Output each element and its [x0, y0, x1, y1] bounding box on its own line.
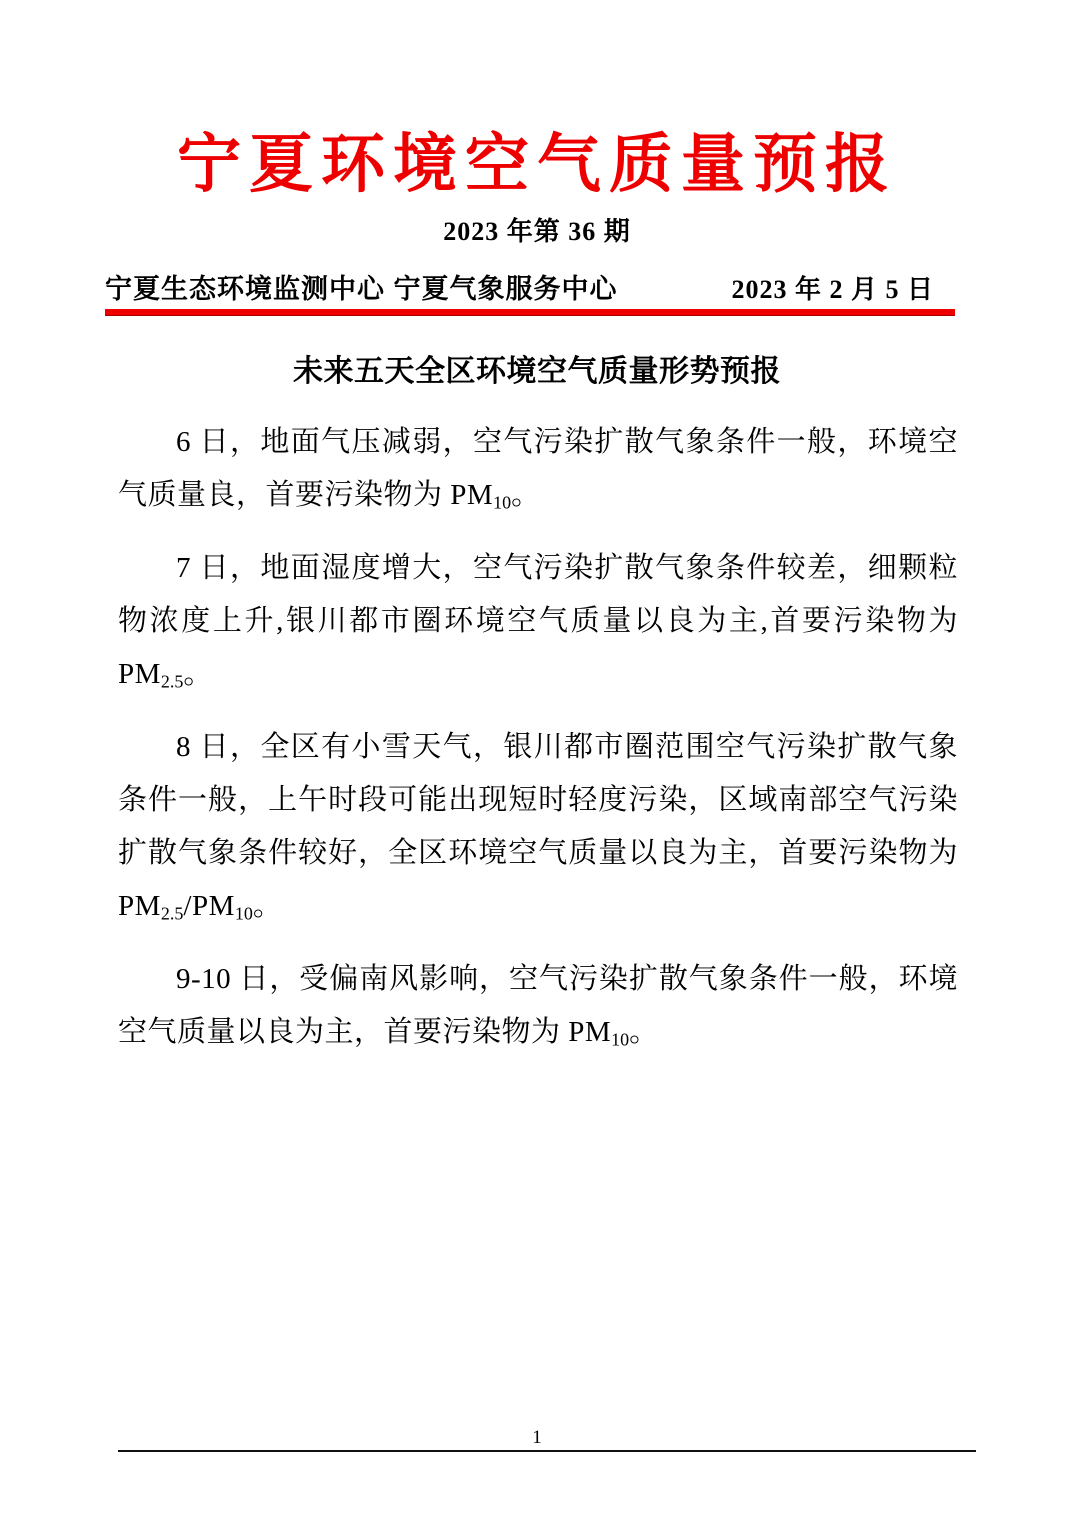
paragraph-text: 。 [253, 890, 283, 922]
paragraph-text: 9-10 日，受偏南风影响，空气污染扩散气象条件一般，环境空气质量以良为主，首要… [118, 963, 958, 1048]
paragraph-text: 8 日，全区有小雪天气，银川都市圈范围空气污染扩散气象条件一般，上午时段可能出现… [118, 731, 958, 922]
paragraph-text: /PM [183, 890, 234, 922]
paragraph-text: 。 [629, 1016, 659, 1048]
paragraph-text: 。 [183, 658, 213, 690]
masthead-row: 宁夏生态环境监测中心 宁夏气象服务中心 2023 年 2 月 5 日 [0, 274, 1074, 305]
pollutant-subscript: 2.5 [161, 671, 183, 691]
body-paragraph: 6 日，地面气压减弱，空气污染扩散气象条件一般，环境空气质量良，首要污染物为 P… [118, 416, 958, 522]
pollutant-subscript: 10 [611, 1029, 629, 1049]
body-paragraphs: 6 日，地面气压减弱，空气污染扩散气象条件一般，环境空气质量良，首要污染物为 P… [0, 416, 1074, 1059]
paragraph-text: 7 日，地面湿度增大，空气污染扩散气象条件较差，细颗粒物浓度上升,银川都市圈环境… [118, 552, 958, 690]
issuing-agencies: 宁夏生态环境监测中心 宁夏气象服务中心 [105, 274, 618, 304]
paragraph-text: 。 [511, 479, 541, 511]
red-divider-rule [105, 309, 955, 316]
pollutant-subscript: 2.5 [161, 903, 183, 923]
issue-date: 2023 年 2 月 5 日 [731, 275, 934, 305]
pollutant-subscript: 10 [235, 903, 253, 923]
pollutant-subscript: 10 [493, 492, 511, 512]
document-page: 宁夏环境空气质量预报 2023 年第 36 期 宁夏生态环境监测中心 宁夏气象服… [0, 0, 1074, 1520]
page-footer: 1 [0, 1426, 1074, 1452]
document-title: 宁夏环境空气质量预报 [0, 0, 1074, 200]
body-paragraph: 8 日，全区有小雪天气，银川都市圈范围空气污染扩散气象条件一般，上午时段可能出现… [118, 721, 958, 933]
body-paragraph: 9-10 日，受偏南风影响，空气污染扩散气象条件一般，环境空气质量以良为主，首要… [118, 953, 958, 1059]
footer-rule [118, 1450, 976, 1452]
section-heading: 未来五天全区环境空气质量形势预报 [0, 354, 1074, 390]
issue-number: 2023 年第 36 期 [0, 216, 1074, 248]
page-number: 1 [0, 1426, 1074, 1450]
body-paragraph: 7 日，地面湿度增大，空气污染扩散气象条件较差，细颗粒物浓度上升,银川都市圈环境… [118, 542, 958, 701]
